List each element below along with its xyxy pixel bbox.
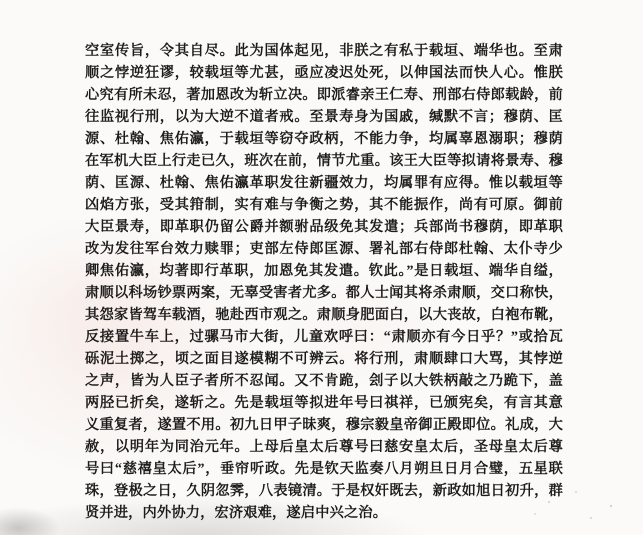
text-line-3: 心究有所未忍，著加恩改为斩立决。即派睿亲王仁寿、刑部右侍郎载龄，前 [85,84,563,106]
text-line-4: 往监视行刑，以为大逆不道者戒。至景寿身为国戚，缄默不言；穆荫、匡 [85,106,563,128]
text-line-17: 两胫已折矣，遂斩之。先是载垣等拟进年号曰祺祥，已颁宪矣，有言其意 [85,392,563,414]
text-line-9: 大臣景寿，即革职仍留公爵并额驸品级免其发遣；兵部尚书穆荫，即革职 [85,216,563,238]
text-line-19: 赦，以明年为同治元年。上母后皇太后尊号曰慈安皇太后，圣母皇太后尊 [85,436,563,458]
text-line-10: 改为发往军台效力赎罪；吏部左侍郎匡源、署礼部右侍郎杜翰、太仆寺少 [85,238,563,260]
text-line-11: 卿焦佑瀛，均著即行革职，加恩免其发遣。钦此。”是日载垣、端华自缢， [85,260,563,282]
text-line-22: 贤并进，内外协力，宏济艰难，遂启中兴之治。 [85,502,563,524]
text-line-6: 在军机大臣上行走已久，班次在前，情节尤重。该王大臣等拟请将景寿、穆 [85,150,563,172]
scanned-page: 空室传旨，令其自尽。此为国体起见，非朕之有私于载垣、端华也。至肃顺之悖逆狂谬，较… [0,0,643,535]
text-line-16: 之声，皆为人臣子者所不忍闻。又不肯跪，刽子以大铁柄敲之乃跪下，盖 [85,370,563,392]
text-line-8: 凶焰方张，受其箝制，实有难与争衡之势，其不能振作，尚有可原。御前 [85,194,563,216]
text-line-2: 顺之悖逆狂谬，较载垣等尤甚，亟应凌迟处死，以伸国法而快人心。惟朕 [85,62,563,84]
text-block: 空室传旨，令其自尽。此为国体起见，非朕之有私于载垣、端华也。至肃顺之悖逆狂谬，较… [85,40,563,524]
text-line-1: 空室传旨，令其自尽。此为国体起见，非朕之有私于载垣、端华也。至肃 [85,40,563,62]
text-line-5: 源、杜翰、焦佑瀛，于载垣等窃夺政柄，不能力争，均属辜恩溺职；穆荫 [85,128,563,150]
text-line-15: 砾泥土掷之，顷之面目遂模糊不可辨云。将行刑，肃顺肆口大骂，其悖逆 [85,348,563,370]
text-line-13: 其怨家皆驾车载酒，驰赴西市观之。肃顺身肥面白，以大丧故，白袍布靴， [85,304,563,326]
text-line-20: 号曰“慈禧皇太后”，垂帘听政。先是钦天监奏八月朔旦日月合璧，五星联 [85,458,563,480]
text-line-12: 肃顺以科场钞票两案，无辜受害者尤多。都人士闻其将杀肃顺，交口称快， [85,282,563,304]
text-line-21: 珠，登极之日，久阴忽霁，八表镜清。于是权奸既去，新政如旭日初升，群 [85,480,563,502]
text-line-14: 反接置牛车上，过骡马市大街，儿童欢呼曰：“肃顺亦有今日乎？”或拾瓦 [85,326,563,348]
text-line-7: 荫、匡源、杜翰、焦佑瀛革职发往新疆效力，均属罪有应得。惟以载垣等 [85,172,563,194]
text-line-18: 义重复者，遂置不用。初九日甲子昧爽，穆宗毅皇帝御正殿即位。礼成，大 [85,414,563,436]
